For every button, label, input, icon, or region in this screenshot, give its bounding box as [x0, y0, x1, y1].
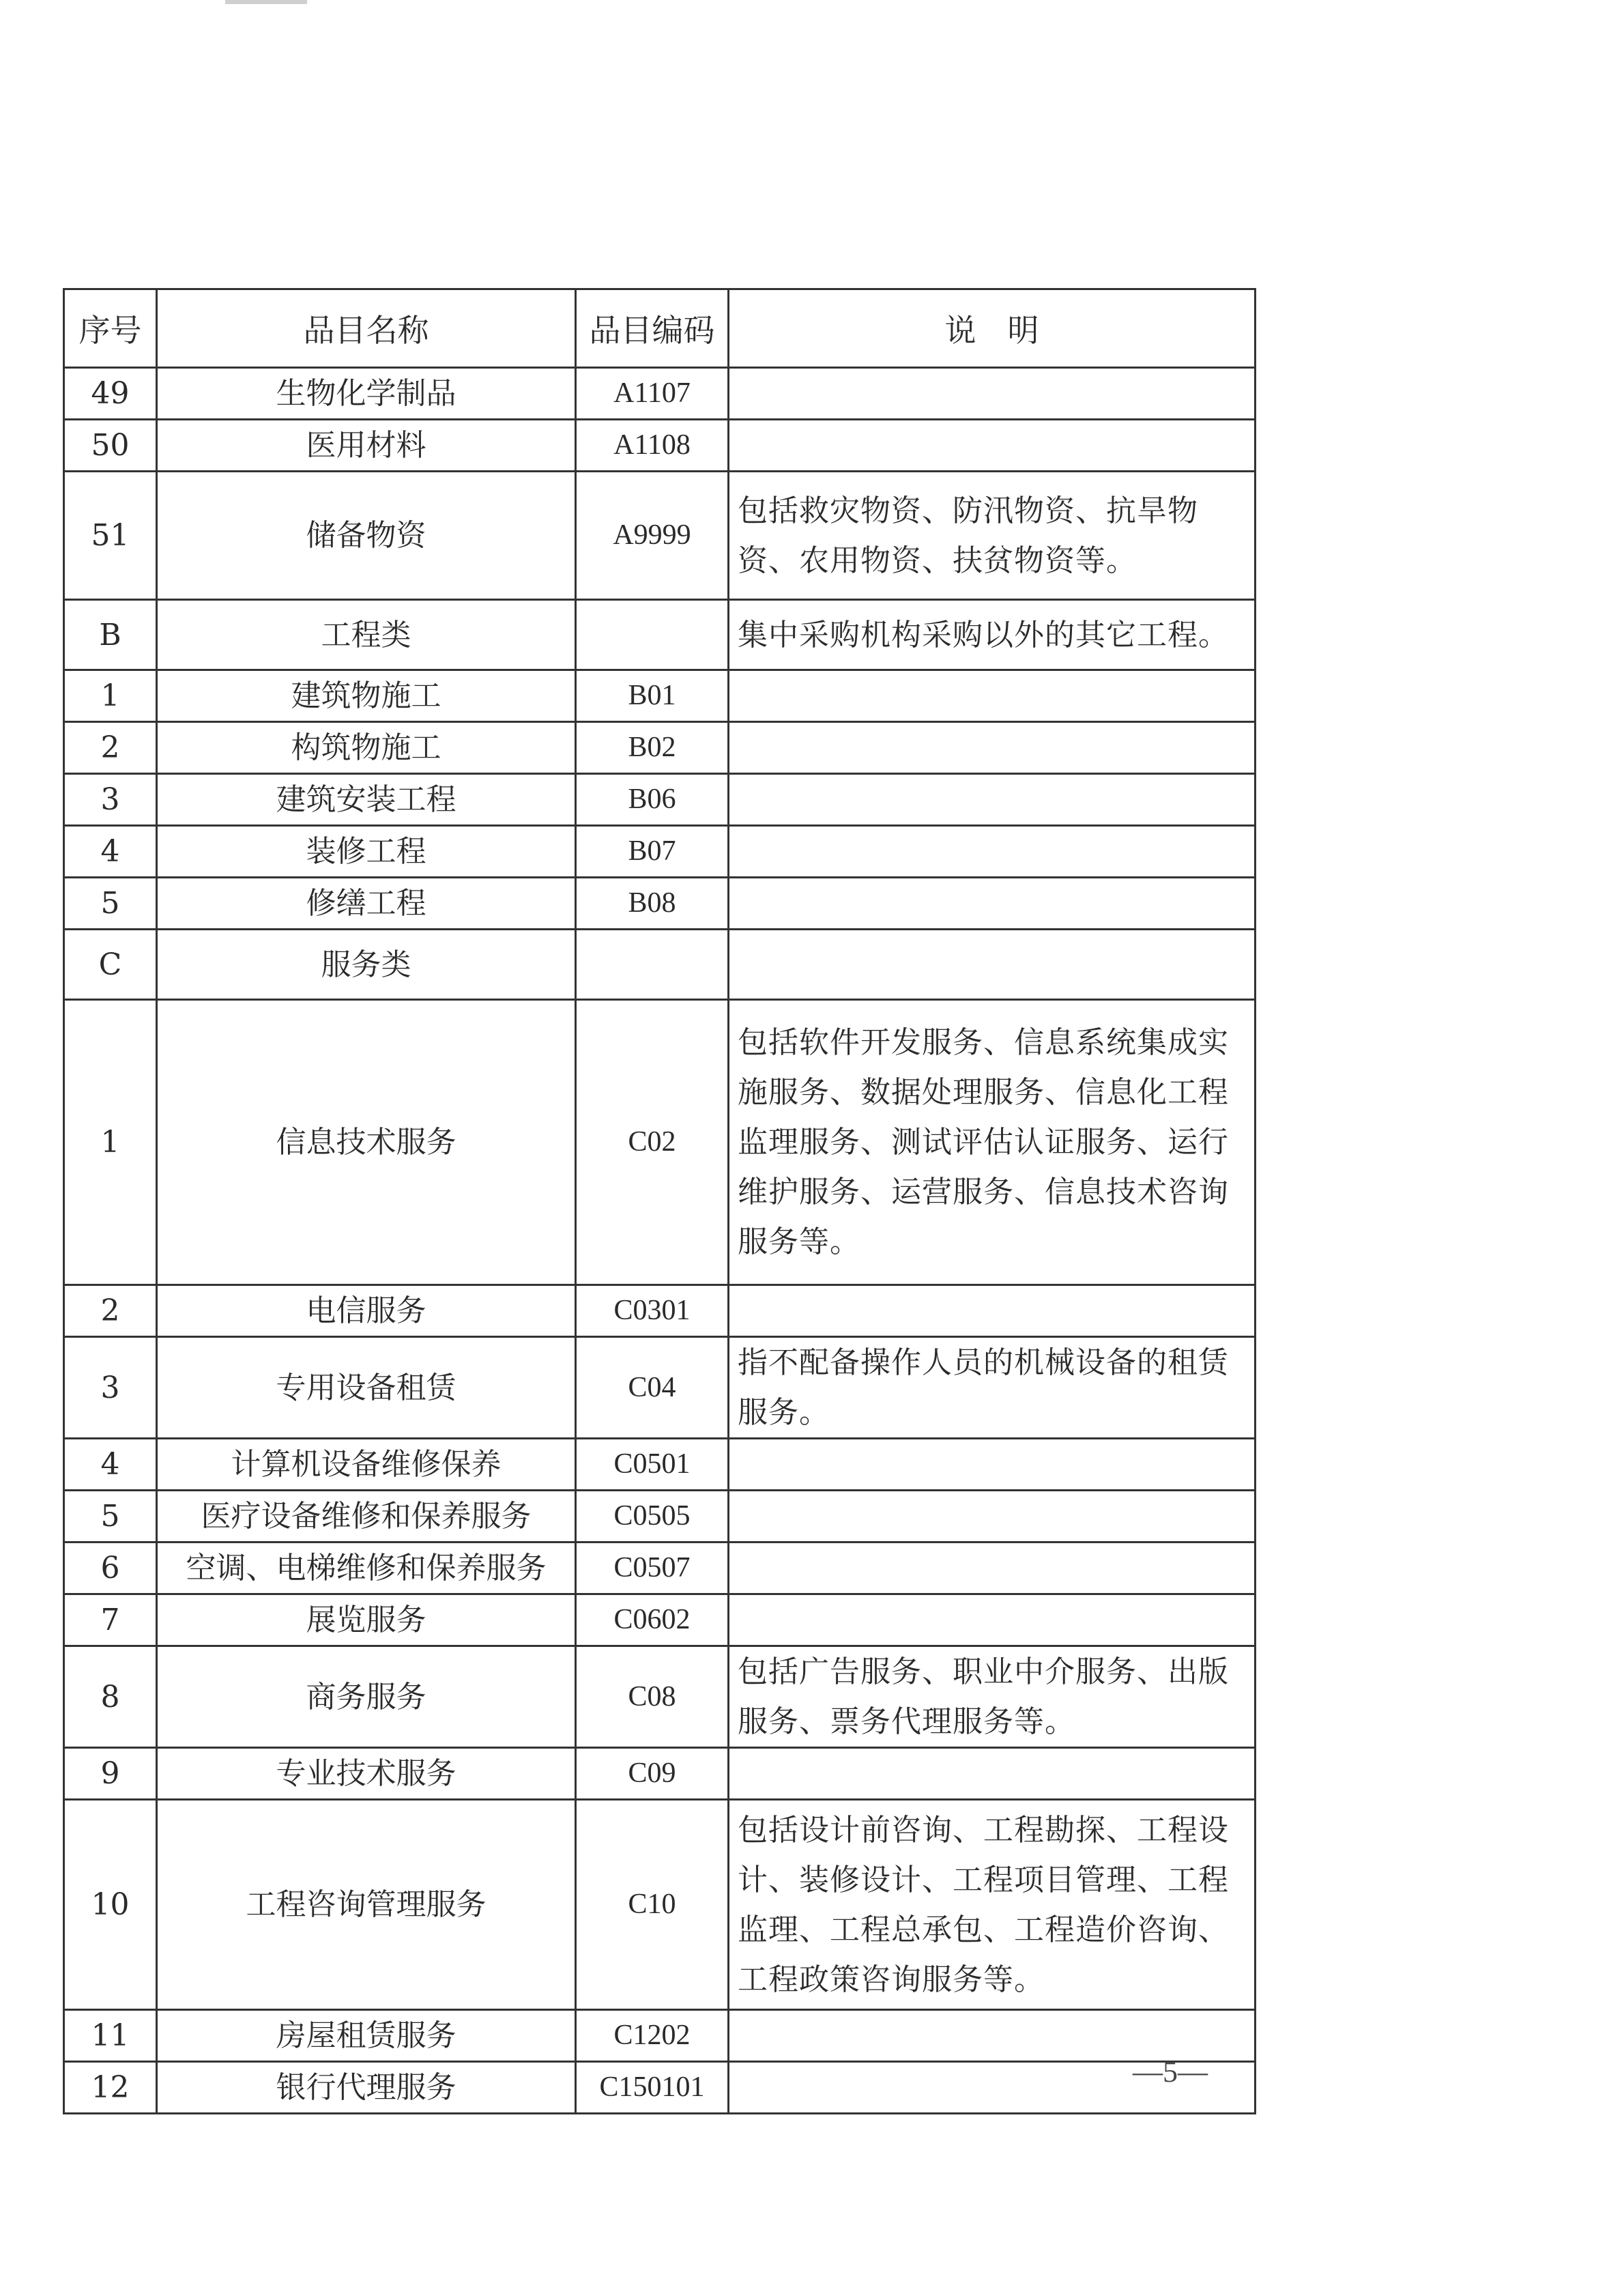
- cell-item-name: 专业技术服务: [157, 1748, 576, 1800]
- cell-serial-no: 2: [64, 722, 157, 774]
- cell-item-name: 生物化学制品: [157, 368, 576, 420]
- cell-item-code: A1107: [576, 368, 729, 420]
- cell-item-code: C09: [576, 1748, 729, 1800]
- cell-item-name: 工程咨询管理服务: [157, 1800, 576, 2010]
- cell-description: [729, 1285, 1256, 1337]
- cell-item-name: 建筑安装工程: [157, 774, 576, 826]
- cell-item-name: 医用材料: [157, 420, 576, 472]
- table-row: 4装修工程B07: [64, 826, 1256, 878]
- cell-serial-no: 7: [64, 1594, 157, 1646]
- cell-serial-no: 12: [64, 2062, 157, 2114]
- table-row: 50医用材料A1108: [64, 420, 1256, 472]
- cell-item-code: C0507: [576, 1542, 729, 1594]
- cell-item-name: 电信服务: [157, 1285, 576, 1337]
- cell-serial-no: 4: [64, 1439, 157, 1491]
- table-row: 4计算机设备维修保养C0501: [64, 1439, 1256, 1491]
- header-description: 说 明: [729, 289, 1256, 368]
- table-body: 49生物化学制品A110750医用材料A110851储备物资A9999包括救灾物…: [64, 368, 1256, 2114]
- header-item-code: 品目编码: [576, 289, 729, 368]
- cell-description: [729, 670, 1256, 722]
- cell-serial-no: 8: [64, 1646, 157, 1748]
- cell-item-name: 计算机设备维修保养: [157, 1439, 576, 1491]
- cell-description: [729, 722, 1256, 774]
- table-row: 10工程咨询管理服务C10包括设计前咨询、工程勘探、工程设计、装修设计、工程项目…: [64, 1800, 1256, 2010]
- table-row: 5修缮工程B08: [64, 878, 1256, 930]
- cell-item-code: B08: [576, 878, 729, 930]
- cell-item-name: 服务类: [157, 930, 576, 1000]
- cell-description: [729, 420, 1256, 472]
- cell-description: [729, 774, 1256, 826]
- cell-description: 包括设计前咨询、工程勘探、工程设计、装修设计、工程项目管理、工程监理、工程总承包…: [729, 1800, 1256, 2010]
- cell-serial-no: 5: [64, 1491, 157, 1542]
- table-row: 12银行代理服务C150101: [64, 2062, 1256, 2114]
- cell-item-name: 修缮工程: [157, 878, 576, 930]
- cell-description: [729, 878, 1256, 930]
- cell-item-code: B07: [576, 826, 729, 878]
- cell-serial-no: 10: [64, 1800, 157, 2010]
- cell-description: 指不配备操作人员的机械设备的租赁服务。: [729, 1337, 1256, 1439]
- cell-serial-no: 4: [64, 826, 157, 878]
- cell-serial-no: 50: [64, 420, 157, 472]
- cell-item-name: 空调、电梯维修和保养服务: [157, 1542, 576, 1594]
- table-row: 1建筑物施工B01: [64, 670, 1256, 722]
- cell-description: [729, 1491, 1256, 1542]
- cell-serial-no: 6: [64, 1542, 157, 1594]
- cell-serial-no: 49: [64, 368, 157, 420]
- cell-serial-no: 2: [64, 1285, 157, 1337]
- cell-description: 包括救灾物资、防汛物资、抗旱物资、农用物资、扶贫物资等。: [729, 472, 1256, 600]
- cell-serial-no: 9: [64, 1748, 157, 1800]
- cell-item-name: 房屋租赁服务: [157, 2010, 576, 2062]
- cell-item-name: 构筑物施工: [157, 722, 576, 774]
- cell-item-code: C08: [576, 1646, 729, 1748]
- cell-description: 包括广告服务、职业中介服务、出版服务、票务代理服务等。: [729, 1646, 1256, 1748]
- cell-item-code: B06: [576, 774, 729, 826]
- table-row: 7展览服务C0602: [64, 1594, 1256, 1646]
- table-row: 49生物化学制品A1107: [64, 368, 1256, 420]
- cell-item-name: 建筑物施工: [157, 670, 576, 722]
- cell-item-name: 专用设备租赁: [157, 1337, 576, 1439]
- cell-item-code: C0602: [576, 1594, 729, 1646]
- cell-item-name: 商务服务: [157, 1646, 576, 1748]
- cell-item-code: C0301: [576, 1285, 729, 1337]
- cell-item-code: A1108: [576, 420, 729, 472]
- cell-serial-no: 1: [64, 670, 157, 722]
- page-number: —5—: [1133, 2054, 1208, 2089]
- table-row: 8商务服务C08包括广告服务、职业中介服务、出版服务、票务代理服务等。: [64, 1646, 1256, 1748]
- cell-item-name: 展览服务: [157, 1594, 576, 1646]
- procurement-catalog-table: 序号 品目名称 品目编码 说 明 49生物化学制品A110750医用材料A110…: [63, 288, 1254, 2114]
- cell-item-code: C10: [576, 1800, 729, 2010]
- cell-description: 包括软件开发服务、信息系统集成实施服务、数据处理服务、信息化工程监理服务、测试评…: [729, 1000, 1256, 1285]
- table-row: 2构筑物施工B02: [64, 722, 1256, 774]
- cell-item-code: C04: [576, 1337, 729, 1439]
- table-row: 3专用设备租赁C04指不配备操作人员的机械设备的租赁服务。: [64, 1337, 1256, 1439]
- cell-serial-no: 51: [64, 472, 157, 600]
- table-row: C服务类: [64, 930, 1256, 1000]
- cell-item-code: [576, 930, 729, 1000]
- cell-item-code: C0505: [576, 1491, 729, 1542]
- cell-serial-no: 3: [64, 1337, 157, 1439]
- cell-item-code: C0501: [576, 1439, 729, 1491]
- cell-item-name: 装修工程: [157, 826, 576, 878]
- cell-item-code: B02: [576, 722, 729, 774]
- cell-description: [729, 826, 1256, 878]
- cell-description: 集中采购机构采购以外的其它工程。: [729, 600, 1256, 670]
- cell-item-code: [576, 600, 729, 670]
- cell-item-code: C1202: [576, 2010, 729, 2062]
- cell-description: [729, 1594, 1256, 1646]
- table-row: 11房屋租赁服务C1202: [64, 2010, 1256, 2062]
- header-item-name: 品目名称: [157, 289, 576, 368]
- cell-item-name: 工程类: [157, 600, 576, 670]
- cell-item-code: C150101: [576, 2062, 729, 2114]
- cell-item-name: 医疗设备维修和保养服务: [157, 1491, 576, 1542]
- table-row: B工程类集中采购机构采购以外的其它工程。: [64, 600, 1256, 670]
- cell-description: [729, 1748, 1256, 1800]
- table-row: 51储备物资A9999包括救灾物资、防汛物资、抗旱物资、农用物资、扶贫物资等。: [64, 472, 1256, 600]
- table-row: 1信息技术服务C02包括软件开发服务、信息系统集成实施服务、数据处理服务、信息化…: [64, 1000, 1256, 1285]
- cell-item-code: B01: [576, 670, 729, 722]
- scan-artifact: [225, 0, 307, 4]
- cell-item-name: 银行代理服务: [157, 2062, 576, 2114]
- cell-serial-no: B: [64, 600, 157, 670]
- cell-serial-no: 3: [64, 774, 157, 826]
- table-row: 2电信服务C0301: [64, 1285, 1256, 1337]
- table-row: 6空调、电梯维修和保养服务C0507: [64, 1542, 1256, 1594]
- table-header-row: 序号 品目名称 品目编码 说 明: [64, 289, 1256, 368]
- cell-serial-no: 1: [64, 1000, 157, 1285]
- cell-item-name: 储备物资: [157, 472, 576, 600]
- cell-description: [729, 1542, 1256, 1594]
- cell-serial-no: 11: [64, 2010, 157, 2062]
- cell-description: [729, 930, 1256, 1000]
- cell-item-code: C02: [576, 1000, 729, 1285]
- cell-item-code: A9999: [576, 472, 729, 600]
- header-serial-no: 序号: [64, 289, 157, 368]
- cell-description: [729, 368, 1256, 420]
- table-row: 9专业技术服务C09: [64, 1748, 1256, 1800]
- table-row: 3建筑安装工程B06: [64, 774, 1256, 826]
- cell-serial-no: 5: [64, 878, 157, 930]
- cell-description: [729, 1439, 1256, 1491]
- cell-serial-no: C: [64, 930, 157, 1000]
- table-row: 5医疗设备维修和保养服务C0505: [64, 1491, 1256, 1542]
- cell-item-name: 信息技术服务: [157, 1000, 576, 1285]
